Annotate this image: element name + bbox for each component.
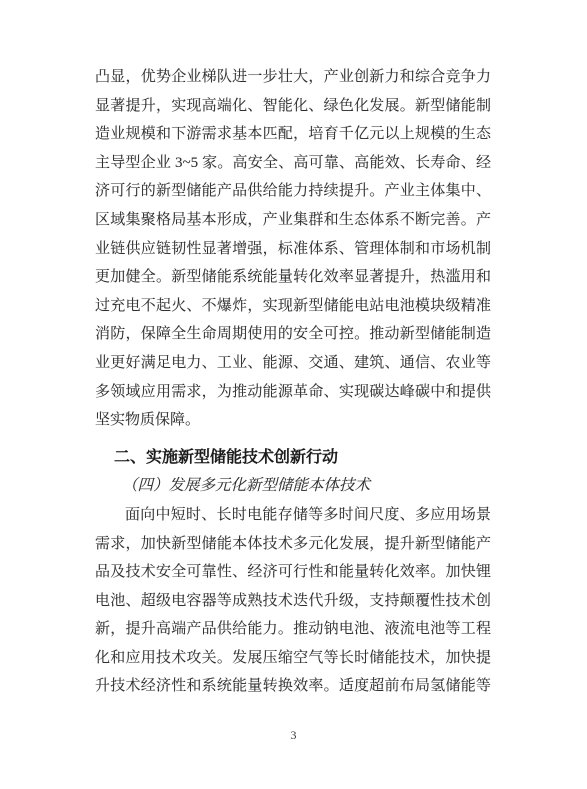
text-line: 多领域应用需求，为推动能源革命、实现碳达峰碳中和提供 (95, 378, 491, 407)
text-line: 显著提升，实现高端化、智能化、绿色化发展。新型储能制 (95, 92, 491, 121)
text-line: 业更好满足电力、工业、能源、交通、建筑、通信、农业等 (95, 349, 491, 378)
text-line: 化和应用技术攻关。发展压缩空气等长时储能技术，加快提 (95, 644, 491, 673)
document-page: 凸显，优势企业梯队进一步壮大，产业创新力和综合竞争力 显著提升，实现高端化、智能… (0, 0, 587, 789)
text-line: 需求，加快新型储能本体技术多元化发展，提升新型储能产 (95, 530, 491, 559)
text-line: 品及技术安全可靠性、经济可行性和能量转化效率。加快锂 (95, 558, 491, 587)
text-line: 造业规模和下游需求基本匹配，培育千亿元以上规模的生态 (95, 120, 491, 149)
text-line: 电池、超级电容器等成熟技术迭代升级，支持颠覆性技术创 (95, 587, 491, 616)
text-line: 过充电不起火、不爆炸，实现新型储能电站电池模块级精准 (95, 292, 491, 321)
text-line: 面向中短时、长时电能存储等多时间尺度、多应用场景 (95, 501, 491, 530)
text-line: 消防，保障全生命周期使用的安全可控。推动新型储能制造 (95, 320, 491, 349)
section-heading: 二、实施新型储能技术创新行动 (95, 444, 491, 473)
text-line: 新，提升高端产品供给能力。推动钠电池、液流电池等工程 (95, 615, 491, 644)
text-line: 济可行的新型储能产品供给能力持续提升。产业主体集中、 (95, 177, 491, 206)
text-line: 凸显，优势企业梯队进一步壮大，产业创新力和综合竞争力 (95, 63, 491, 92)
text-line: 更加健全。新型储能系统能量转化效率显著提升，热滥用和 (95, 263, 491, 292)
text-line: 区域集聚格局基本形成，产业集群和生态体系不断完善。产 (95, 206, 491, 235)
text-line: 坚实物质保障。 (95, 406, 491, 435)
text-line: 主导型企业 3~5 家。高安全、高可靠、高能效、长寿命、经 (95, 149, 491, 178)
subsection-heading: （四）发展多元化新型储能本体技术 (95, 472, 491, 501)
text-column: 凸显，优势企业梯队进一步壮大，产业创新力和综合竞争力 显著提升，实现高端化、智能… (95, 63, 491, 701)
text-line: 升技术经济性和系统能量转换效率。适度超前布局氢储能等 (95, 672, 491, 701)
page-number: 3 (0, 728, 587, 742)
text-line: 业链供应链韧性显著增强，标准体系、管理体制和市场机制 (95, 235, 491, 264)
